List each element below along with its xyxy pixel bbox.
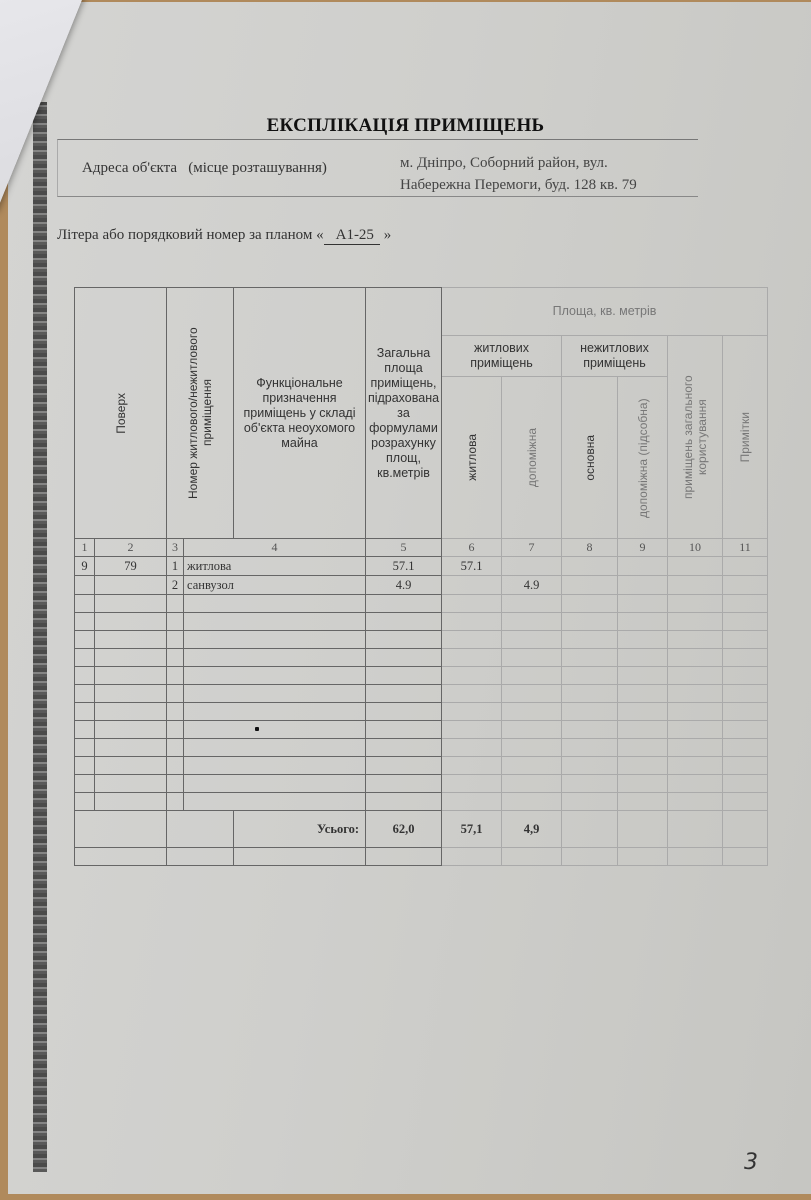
empty-table-row <box>75 613 768 631</box>
cell-nonres-aux <box>618 557 668 576</box>
header-area-group: Площа, кв. метрів <box>442 288 768 336</box>
cell-total: 57.1 <box>366 557 442 576</box>
header-total-area: Загальна площа приміщень, підрахована за… <box>366 288 442 539</box>
cell-unit: 79 <box>95 557 167 576</box>
header-floor: Поверх <box>75 288 167 539</box>
empty-table-row <box>75 649 768 667</box>
cell-living <box>442 576 502 595</box>
empty-table-row <box>75 667 768 685</box>
cell-common <box>668 576 723 595</box>
address-label: Адреса об'єкта (місце розташування) <box>82 160 327 177</box>
scan-edge-artifact <box>33 102 47 1172</box>
cell-floor <box>75 576 95 595</box>
column-number-10: 10 <box>668 539 723 557</box>
totals-row: Усього: 62,0 57,1 4,9 <box>75 811 768 848</box>
header-residential-living: житлова <box>442 377 502 539</box>
cell-aux: 4.9 <box>502 576 562 595</box>
cell-notes <box>723 576 768 595</box>
empty-table-row <box>75 595 768 613</box>
address-line-2: Набережна Перемоги, буд. 128 кв. 79 <box>400 174 637 196</box>
totals-total: 62,0 <box>366 811 442 848</box>
cell-room: 2 <box>167 576 184 595</box>
cell-total: 4.9 <box>366 576 442 595</box>
column-number-11: 11 <box>723 539 768 557</box>
ink-speck <box>255 727 259 731</box>
totals-label: Усього: <box>234 811 366 848</box>
cell-nonres-main <box>562 576 618 595</box>
column-number-1: 1 <box>75 539 95 557</box>
plan-letter-value: А1-25 <box>324 227 380 245</box>
column-number-6: 6 <box>442 539 502 557</box>
table-row: 9791житлова57.157.1 <box>75 557 768 576</box>
cell-common <box>668 557 723 576</box>
plan-letter-close: » <box>384 227 392 243</box>
cell-nonres-main <box>562 557 618 576</box>
cell-floor: 9 <box>75 557 95 576</box>
cell-aux <box>502 557 562 576</box>
trailing-empty-row <box>75 848 768 866</box>
document-title: ЕКСПЛІКАЦІЯ ПРИМІЩЕНЬ <box>0 115 811 137</box>
cell-notes <box>723 557 768 576</box>
header-unit-number: Номер житлового/нежитлового приміщення <box>167 288 234 539</box>
empty-table-row <box>75 721 768 739</box>
empty-table-row <box>75 703 768 721</box>
plan-letter-label: Літера або порядковий номер за планом « <box>57 227 324 243</box>
empty-table-row <box>75 775 768 793</box>
table-row: 2санвузол4.94.9 <box>75 576 768 595</box>
header-common-use: приміщень загального користування <box>668 336 723 539</box>
address-value: м. Дніпро, Соборний район, вул. Набережн… <box>400 152 637 196</box>
column-number-4: 4 <box>184 539 366 557</box>
header-notes: Примітки <box>723 336 768 539</box>
plan-letter-line: Літера або порядковий номер за планом «А… <box>57 227 391 245</box>
header-residential-group: житлових приміщень <box>442 336 562 377</box>
cell-function: санвузол <box>184 576 366 595</box>
header-residential-aux: допоміжна <box>502 377 562 539</box>
column-number-5: 5 <box>366 539 442 557</box>
header-function: Функціональне призначення приміщень у ск… <box>234 288 366 539</box>
empty-table-row <box>75 793 768 811</box>
totals-living: 57,1 <box>442 811 502 848</box>
header-nonres-aux: допоміжна (підсобна) <box>618 377 668 539</box>
header-nonres-main: основна <box>562 377 618 539</box>
cell-room: 1 <box>167 557 184 576</box>
cell-unit <box>95 576 167 595</box>
empty-table-row <box>75 631 768 649</box>
column-number-9: 9 <box>618 539 668 557</box>
header-nonresidential-group: нежитлових приміщень <box>562 336 668 377</box>
address-line-1: м. Дніпро, Соборний район, вул. <box>400 152 637 174</box>
explication-table: Поверх Номер житлового/нежитлового примі… <box>74 287 768 866</box>
empty-table-row <box>75 739 768 757</box>
column-number-2: 2 <box>95 539 167 557</box>
column-number-3: 3 <box>167 539 184 557</box>
column-number-8: 8 <box>562 539 618 557</box>
handwritten-page-number: 3 <box>744 1150 758 1175</box>
cell-function: житлова <box>184 557 366 576</box>
column-number-row: 1234567891011 <box>75 539 768 557</box>
column-number-7: 7 <box>502 539 562 557</box>
empty-table-row <box>75 757 768 775</box>
empty-table-row <box>75 685 768 703</box>
totals-aux: 4,9 <box>502 811 562 848</box>
cell-living: 57.1 <box>442 557 502 576</box>
cell-nonres-aux <box>618 576 668 595</box>
